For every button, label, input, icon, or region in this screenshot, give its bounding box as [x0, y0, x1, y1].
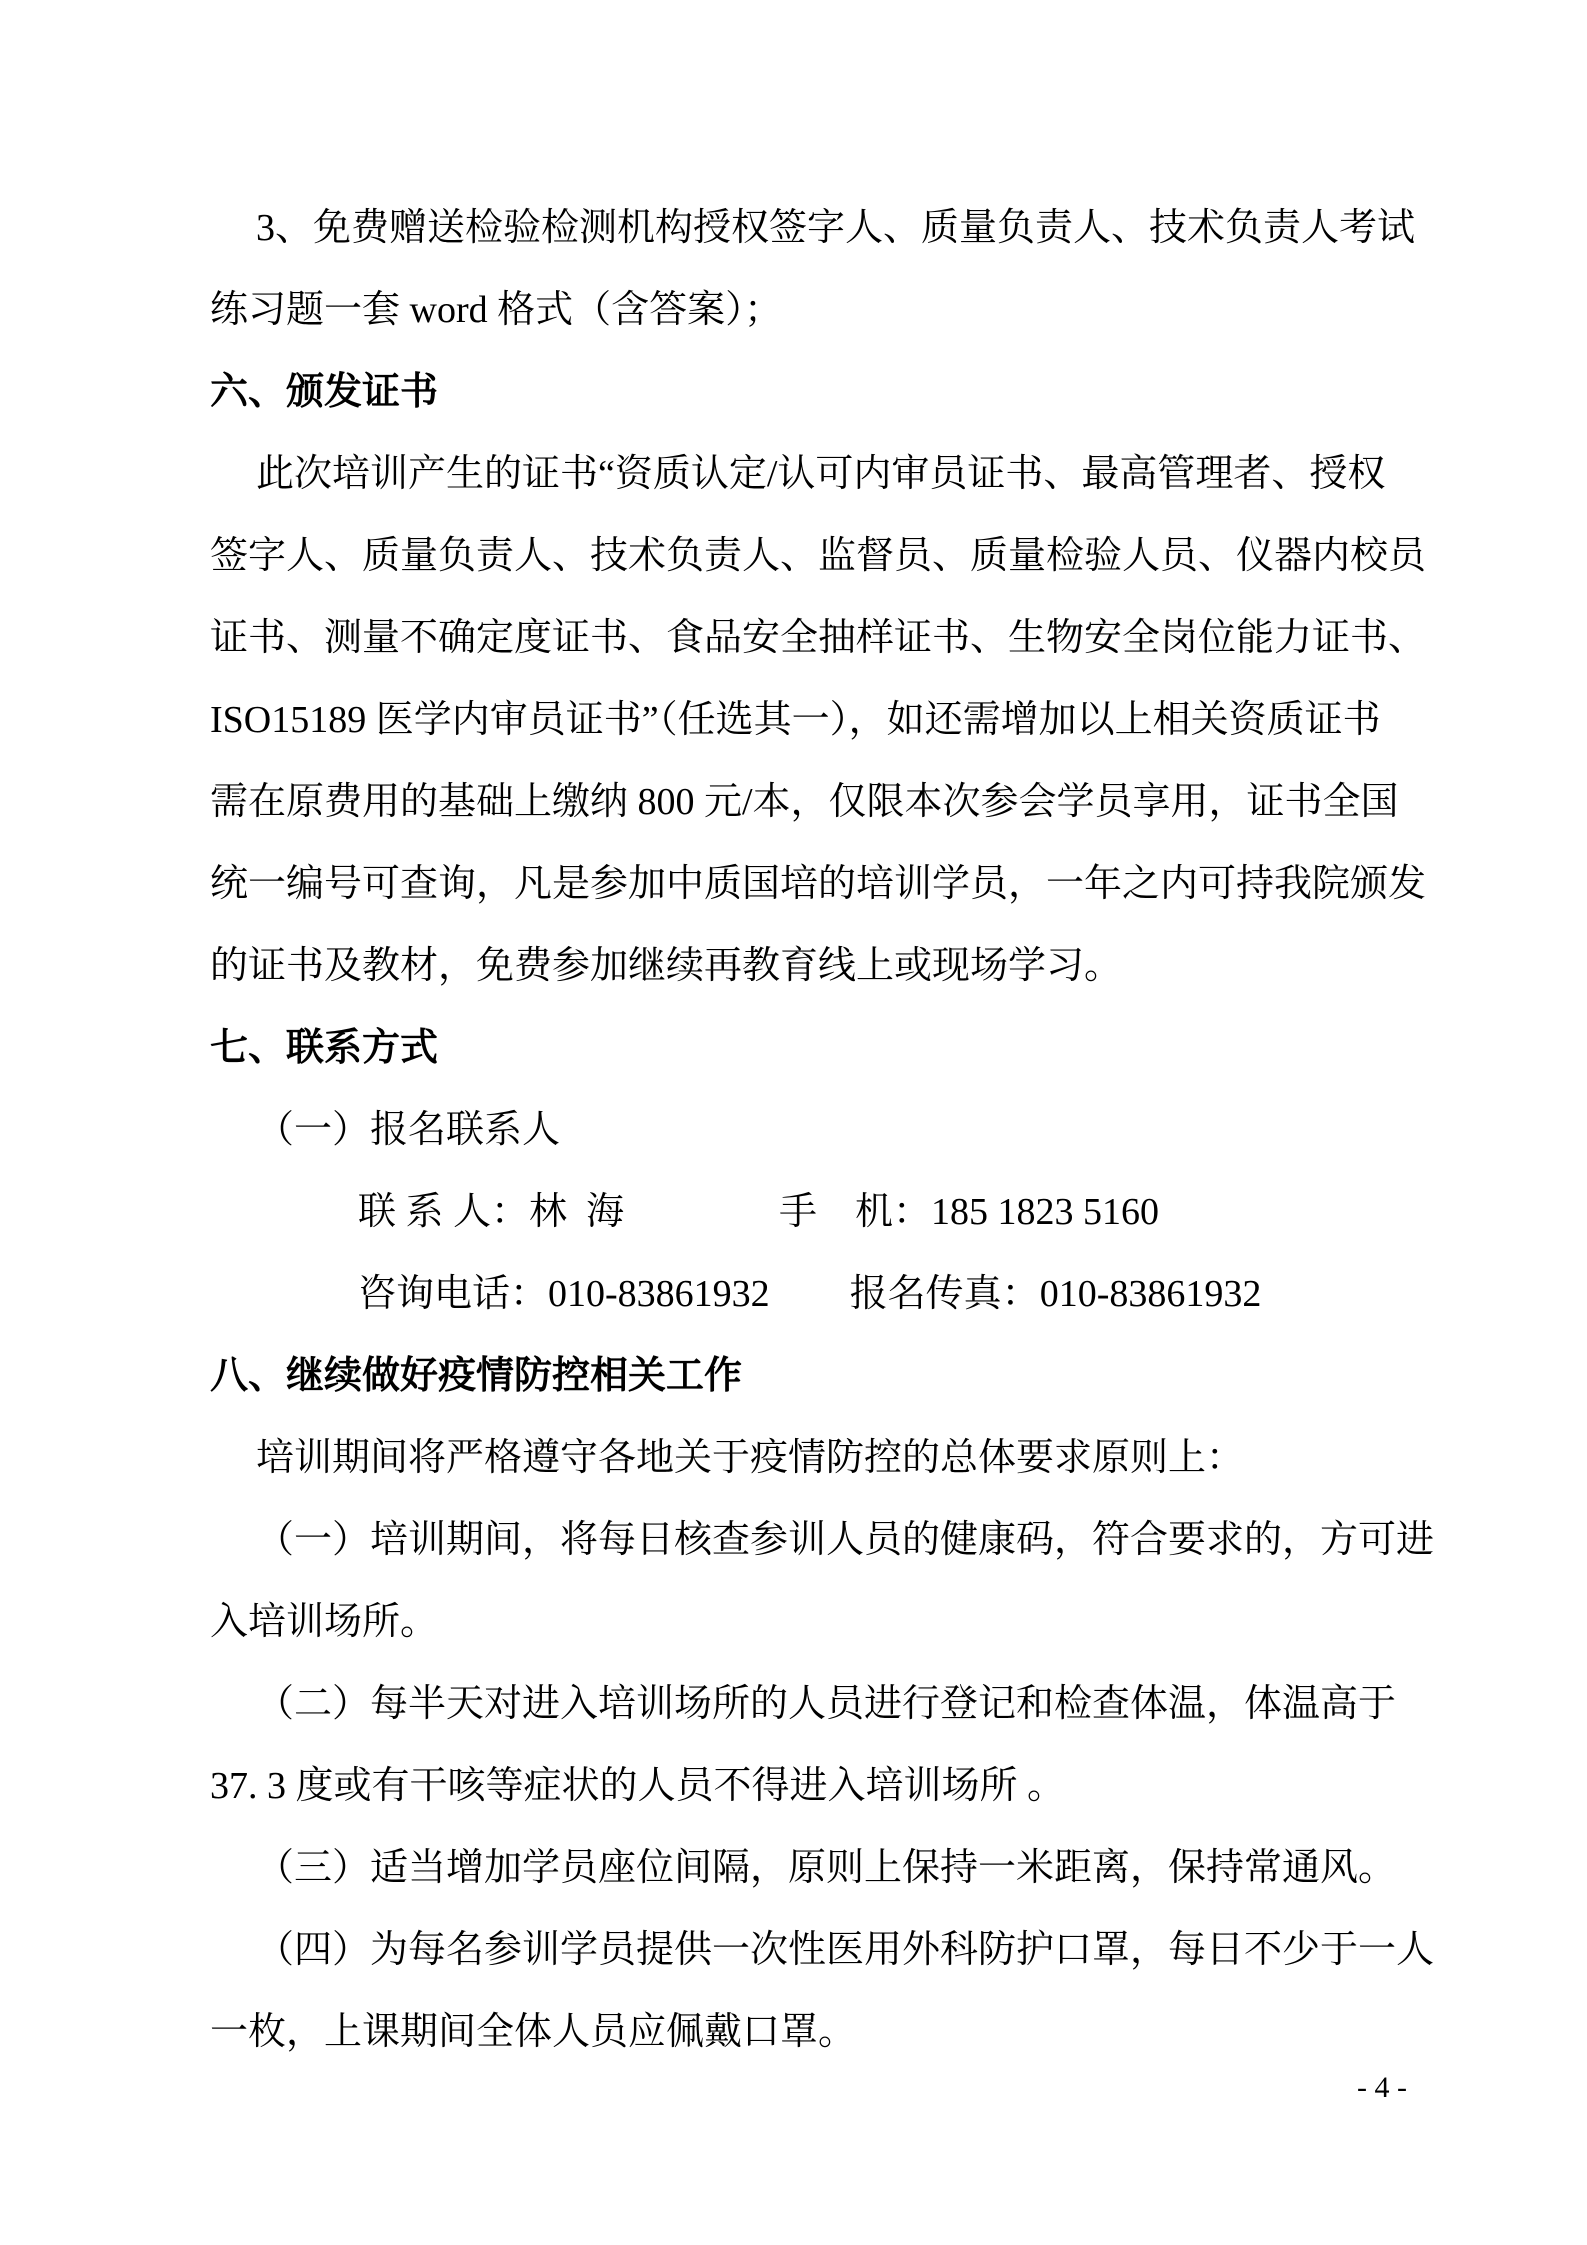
section-heading-certificate: 六、颁发证书	[210, 351, 1439, 433]
section-heading-epidemic: 八、继续做好疫情防控相关工作	[210, 1335, 1439, 1417]
contact-phone-line: 咨询电话：010-83861932报名传真：010-83861932	[210, 1253, 1439, 1335]
paragraph-line: 3、免费赠送检验检测机构授权签字人、质量负责人、技术负责人考试	[210, 187, 1439, 269]
paragraph-line: （三）适当增加学员座位间隔，原则上保持一米距离，保持常通风。	[210, 1827, 1439, 1909]
paragraph-line: 此次培训产生的证书“资质认定/认可内审员证书、最高管理者、授权	[210, 433, 1439, 515]
contact-mobile-label: 手 机：	[779, 1191, 931, 1233]
section-heading-contact: 七、联系方式	[210, 1007, 1439, 1089]
contact-mobile-number: 185 1823 5160	[931, 1191, 1159, 1233]
paragraph-line: 入培训场所。	[210, 1581, 1439, 1663]
document-body: 3、免费赠送检验检测机构授权签字人、质量负责人、技术负责人考试 练习题一套 wo…	[210, 187, 1439, 2073]
contact-tel-label: 咨询电话：	[358, 1273, 548, 1315]
contact-fax-number: 010-83861932	[1040, 1273, 1262, 1315]
paragraph-line: 签字人、质量负责人、技术负责人、监督员、质量检验人员、仪器内校员	[210, 515, 1439, 597]
contact-person-name: 林 海	[529, 1191, 624, 1233]
paragraph-line: 一枚，上课期间全体人员应佩戴口罩。	[210, 1991, 1439, 2073]
page-number: - 4 -	[1357, 2068, 1407, 2108]
contact-subheading-line: （一）报名联系人	[210, 1089, 1439, 1171]
paragraph-line: 练习题一套 word 格式（含答案）；	[210, 269, 1439, 351]
paragraph-line: ISO15189 医学内审员证书”（任选其一），如还需增加以上相关资质证书	[210, 679, 1439, 761]
paragraph-line: 培训期间将严格遵守各地关于疫情防控的总体要求原则上：	[210, 1417, 1439, 1499]
paragraph-line: 37. 3 度或有干咳等症状的人员不得进入培训场所 。	[210, 1745, 1439, 1827]
paragraph-line: 统一编号可查询，凡是参加中质国培的培训学员，一年之内可持我院颁发	[210, 843, 1439, 925]
paragraph-line: 证书、测量不确定度证书、食品安全抽样证书、生物安全岗位能力证书、	[210, 597, 1439, 679]
contact-person-label: 联 系 人：	[358, 1191, 529, 1233]
contact-person-line: 联 系 人：林 海手 机：185 1823 5160	[210, 1171, 1439, 1253]
paragraph-line: （二）每半天对进入培训场所的人员进行登记和检查体温，体温高于	[210, 1663, 1439, 1745]
paragraph-line: （一）培训期间，将每日核查参训人员的健康码，符合要求的，方可进	[210, 1499, 1439, 1581]
contact-fax-label: 报名传真：	[850, 1273, 1040, 1315]
contact-tel-number: 010-83861932	[548, 1273, 770, 1315]
paragraph-line: 的证书及教材，免费参加继续再教育线上或现场学习。	[210, 925, 1439, 1007]
document-page: 3、免费赠送检验检测机构授权签字人、质量负责人、技术负责人考试 练习题一套 wo…	[0, 0, 1587, 2245]
paragraph-line: 需在原费用的基础上缴纳 800 元/本，仅限本次参会学员享用，证书全国	[210, 761, 1439, 843]
paragraph-line: （四）为每名参训学员提供一次性医用外科防护口罩，每日不少于一人	[210, 1909, 1439, 1991]
